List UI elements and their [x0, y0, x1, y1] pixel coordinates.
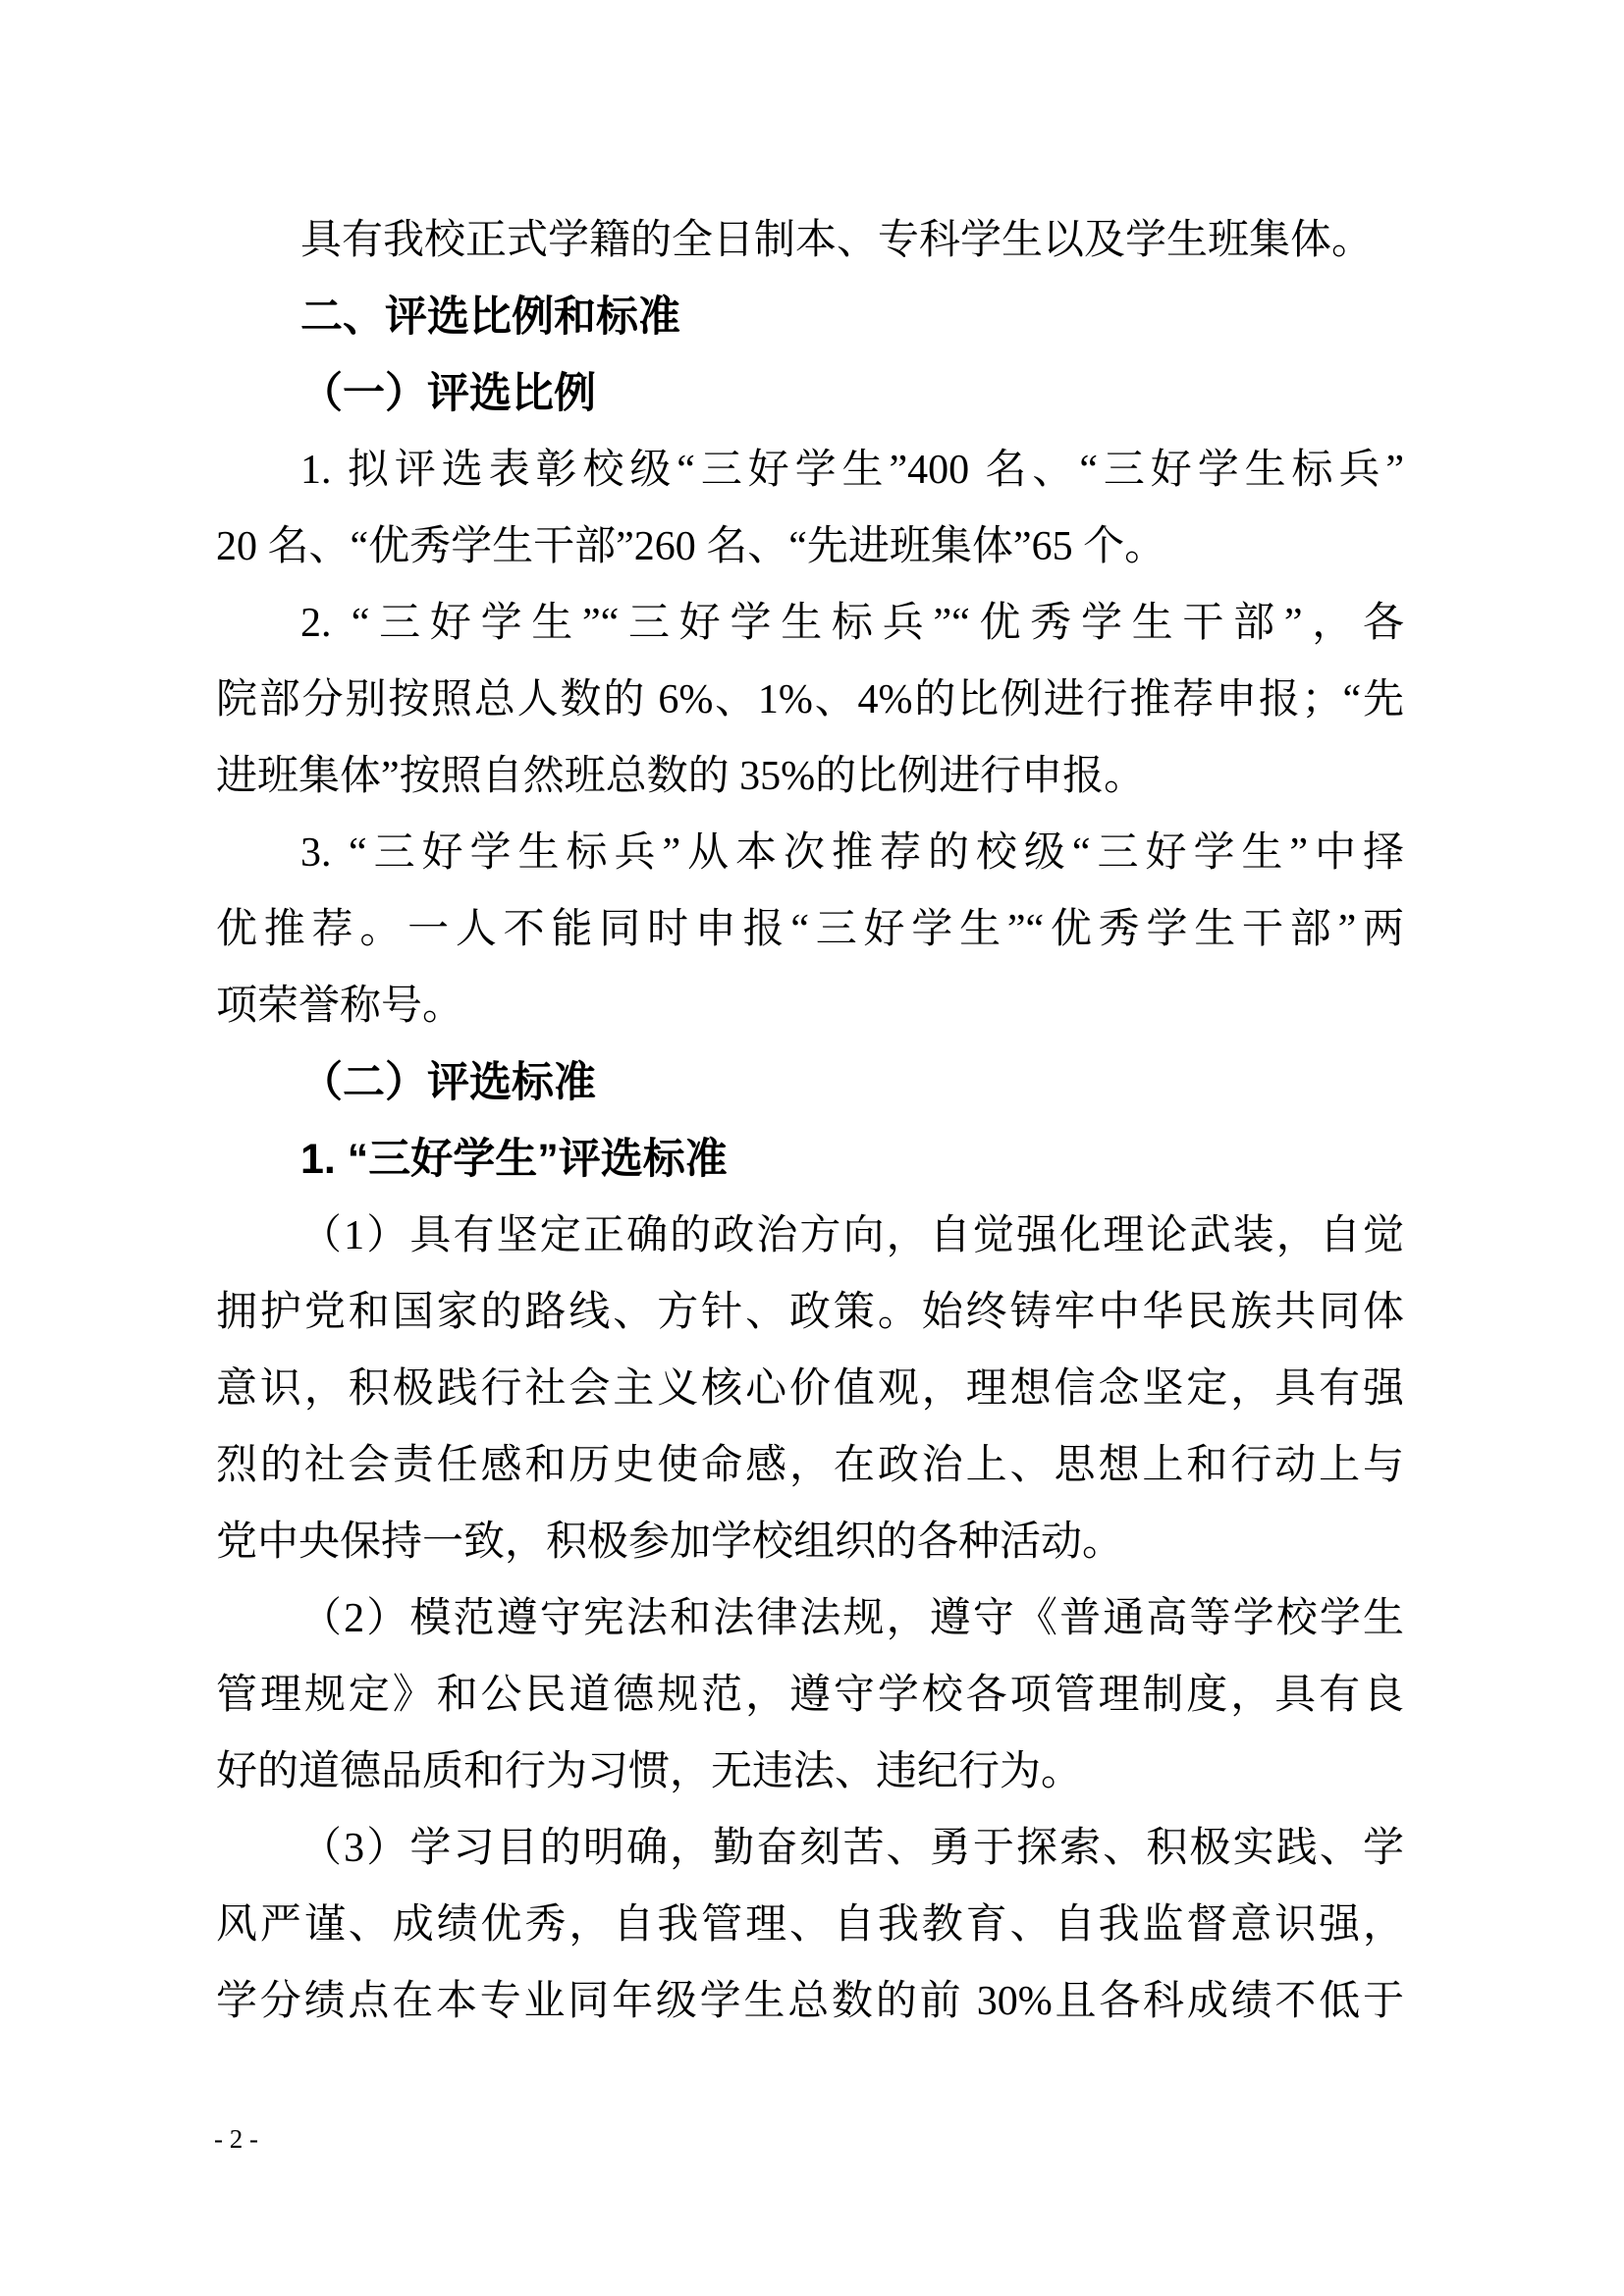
text-line: 进班集体”按照自然班总数的 35%的比例进行申报。	[216, 738, 1404, 815]
text-line: 学分绩点在本专业同年级学生总数的前 30%且各科成绩不低于	[216, 1963, 1404, 2040]
text-line: （2）模范遵守宪法和法律法规，遵守《普通高等学校学生	[216, 1580, 1404, 1657]
text-line: （1）具有坚定正确的政治方向，自觉强化理论武装，自觉	[216, 1198, 1404, 1274]
text-line: 1. 拟评选表彰校级“三好学生”400 名、“三好学生标兵”	[216, 432, 1404, 508]
text-line: 优推荐。一人不能同时申报“三好学生”“优秀学生干部”两	[216, 891, 1404, 968]
text-line: 具有我校正式学籍的全日制本、专科学生以及学生班集体。	[216, 202, 1404, 279]
text-line: 20 名、“优秀学生干部”260 名、“先进班集体”65 个。	[216, 508, 1404, 585]
text-line: 院部分别按照总人数的 6%、1%、4%的比例进行推荐申报；“先	[216, 662, 1404, 738]
text-line: 风严谨、成绩优秀，自我管理、自我教育、自我监督意识强，	[216, 1887, 1404, 1963]
text-line: 2. “三好学生”“三好学生标兵”“优秀学生干部”，各	[216, 585, 1404, 662]
text-line: 项荣誉称号。	[216, 968, 1404, 1044]
text-line: 管理规定》和公民道德规范，遵守学校各项管理制度，具有良	[216, 1657, 1404, 1734]
text-line: 1. “三好学生”评选标准	[216, 1121, 1404, 1198]
text-line: （一）评选比例	[216, 355, 1404, 432]
text-line: 党中央保持一致，积极参加学校组织的各种活动。	[216, 1504, 1404, 1580]
document-page: 具有我校正式学籍的全日制本、专科学生以及学生班集体。二、评选比例和标准（一）评选…	[0, 0, 1624, 2296]
text-line: 拥护党和国家的路线、方针、政策。始终铸牢中华民族共同体	[216, 1274, 1404, 1351]
text-line: 烈的社会责任感和历史使命感，在政治上、思想上和行动上与	[216, 1427, 1404, 1504]
text-line: 好的道德品质和行为习惯，无违法、违纪行为。	[216, 1734, 1404, 1810]
document-body: 具有我校正式学籍的全日制本、专科学生以及学生班集体。二、评选比例和标准（一）评选…	[216, 202, 1404, 2040]
text-line: （二）评选标准	[216, 1044, 1404, 1121]
text-line: 3. “三好学生标兵”从本次推荐的校级“三好学生”中择	[216, 815, 1404, 891]
text-line: 意识，积极践行社会主义核心价值观，理想信念坚定，具有强	[216, 1351, 1404, 1427]
page-number: - 2 -	[214, 2122, 258, 2156]
text-line: （3）学习目的明确，勤奋刻苦、勇于探索、积极实践、学	[216, 1810, 1404, 1887]
text-line: 二、评选比例和标准	[216, 279, 1404, 355]
